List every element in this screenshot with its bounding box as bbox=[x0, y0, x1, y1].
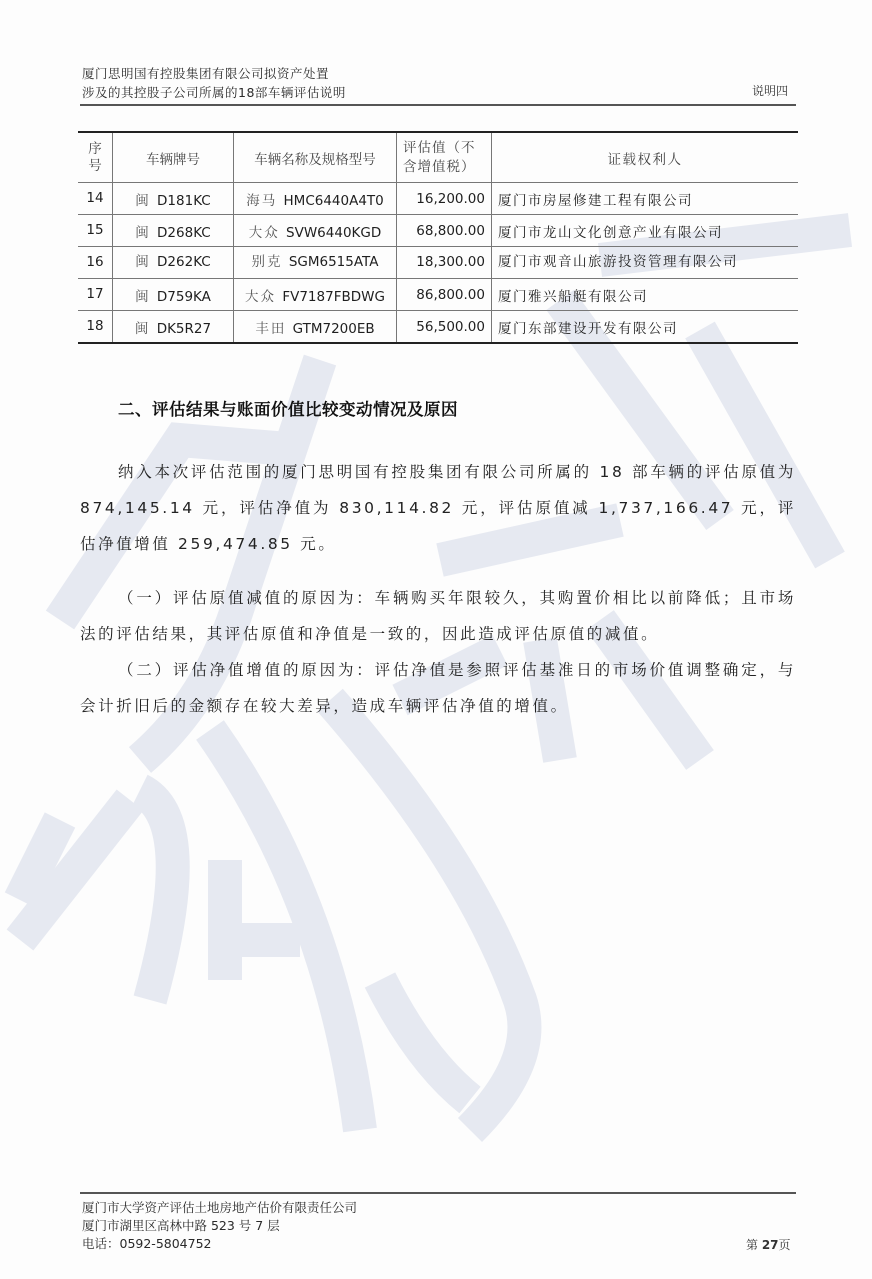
cell-value: 68,800.00 bbox=[397, 215, 492, 247]
footer-phone: 电话：0592-5804752 bbox=[82, 1235, 357, 1253]
cell-owner: 厦门市龙山文化创意产业有限公司 bbox=[492, 215, 799, 247]
paragraph-summary: 纳入本次评估范围的厦门思明国有控股集团有限公司所属的 18 部车辆的评估原值为 … bbox=[80, 454, 796, 562]
cell-seq: 15 bbox=[78, 215, 113, 247]
col-header-model: 车辆名称及规格型号 bbox=[234, 132, 397, 183]
header-divider bbox=[80, 104, 796, 106]
section-tag: 说明四 bbox=[752, 82, 788, 99]
footer-address: 厦门市湖里区高林中路 523 号 7 层 bbox=[82, 1217, 357, 1235]
cell-plate: 闽 D262KC bbox=[113, 247, 234, 279]
section-title: 二、评估结果与账面价值比较变动情况及原因 bbox=[118, 396, 458, 420]
cell-value: 18,300.00 bbox=[397, 247, 492, 279]
cell-model: 大众 SVW6440KGD bbox=[234, 215, 397, 247]
cell-value: 16,200.00 bbox=[397, 183, 492, 215]
cell-model: 海马 HMC6440A4T0 bbox=[234, 183, 397, 215]
cell-owner: 厦门雅兴船艇有限公司 bbox=[492, 279, 799, 311]
header-title-line2: 涉及的其控股子公司所属的18部车辆评估说明 bbox=[82, 83, 346, 102]
table-row: 15 闽 D268KC 大众 SVW6440KGD 68,800.00 厦门市龙… bbox=[78, 215, 798, 247]
footer-company: 厦门市大学资产评估土地房地产估价有限责任公司 bbox=[82, 1199, 357, 1217]
cell-plate: 闽 D268KC bbox=[113, 215, 234, 247]
footer-divider bbox=[80, 1192, 796, 1194]
col-header-plate: 车辆牌号 bbox=[113, 132, 234, 183]
cell-model: 别克 SGM6515ATA bbox=[234, 247, 397, 279]
cell-plate: 闽 D759KA bbox=[113, 279, 234, 311]
cell-plate: 闽 D181KC bbox=[113, 183, 234, 215]
cell-seq: 17 bbox=[78, 279, 113, 311]
table-row: 18 闽 DK5R27 丰田 GTM7200EB 56,500.00 厦门东部建… bbox=[78, 311, 798, 344]
header-title: 厦门思明国有控股集团有限公司拟资产处置 涉及的其控股子公司所属的18部车辆评估说… bbox=[82, 64, 346, 102]
table-header-row: 序号 车辆牌号 车辆名称及规格型号 评估值（不含增值税） 证载权利人 bbox=[78, 132, 798, 183]
header-title-line1: 厦门思明国有控股集团有限公司拟资产处置 bbox=[82, 64, 346, 83]
cell-plate: 闽 DK5R27 bbox=[113, 311, 234, 344]
cell-seq: 18 bbox=[78, 311, 113, 344]
cell-seq: 16 bbox=[78, 247, 113, 279]
cell-value: 56,500.00 bbox=[397, 311, 492, 344]
cell-owner: 厦门东部建设开发有限公司 bbox=[492, 311, 799, 344]
cell-model: 丰田 GTM7200EB bbox=[234, 311, 397, 344]
cell-seq: 14 bbox=[78, 183, 113, 215]
table-row: 17 闽 D759KA 大众 FV7187FBDWG 86,800.00 厦门雅… bbox=[78, 279, 798, 311]
document-page: 厦门思明国有控股集团有限公司拟资产处置 涉及的其控股子公司所属的18部车辆评估说… bbox=[0, 0, 872, 1279]
cell-model: 大众 FV7187FBDWG bbox=[234, 279, 397, 311]
table-row: 16 闽 D262KC 别克 SGM6515ATA 18,300.00 厦门市观… bbox=[78, 247, 798, 279]
paragraph-reason-2: （二）评估净值增值的原因为：评估净值是参照评估基准日的市场价值调整确定，与会计折… bbox=[80, 652, 796, 724]
col-header-value: 评估值（不含增值税） bbox=[397, 132, 492, 183]
cell-owner: 厦门市房屋修建工程有限公司 bbox=[492, 183, 799, 215]
footer: 厦门市大学资产评估土地房地产估价有限责任公司 厦门市湖里区高林中路 523 号 … bbox=[82, 1199, 357, 1253]
page-number: 第 27页 bbox=[746, 1236, 791, 1253]
cell-owner: 厦门市观音山旅游投资管理有限公司 bbox=[492, 247, 799, 279]
paragraph-reason-1: （一）评估原值减值的原因为：车辆购买年限较久，其购置价相比以前降低；且市场法的评… bbox=[80, 580, 796, 652]
vehicle-table: 序号 车辆牌号 车辆名称及规格型号 评估值（不含增值税） 证载权利人 14 闽 … bbox=[78, 131, 798, 344]
cell-value: 86,800.00 bbox=[397, 279, 492, 311]
col-header-seq: 序号 bbox=[78, 132, 113, 183]
table-row: 14 闽 D181KC 海马 HMC6440A4T0 16,200.00 厦门市… bbox=[78, 183, 798, 215]
col-header-owner: 证载权利人 bbox=[492, 132, 799, 183]
